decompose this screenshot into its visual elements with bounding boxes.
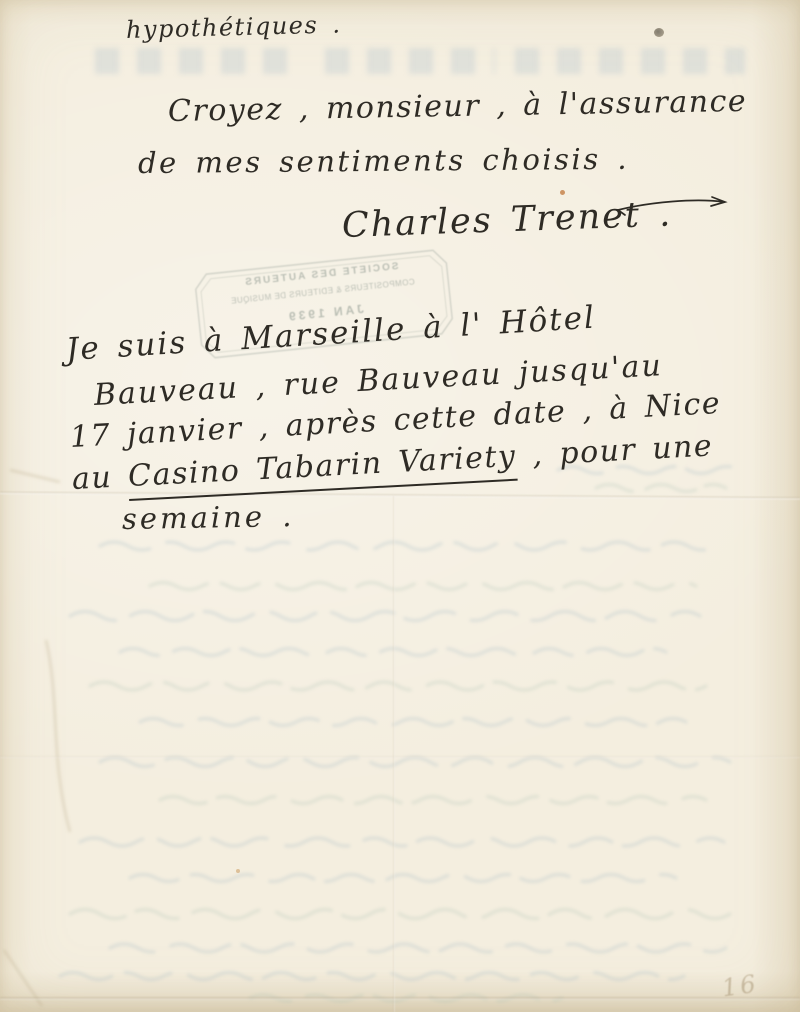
letter-page: SOCIETE DES AUTEURS COMPOSITEURS & EDITE…	[0, 0, 800, 1012]
signature-flourish-arrow	[0, 0, 800, 1012]
